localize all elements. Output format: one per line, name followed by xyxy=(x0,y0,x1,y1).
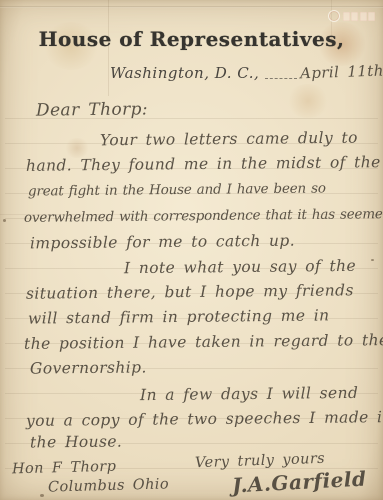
handwritten-date: April 11th 1879. xyxy=(300,60,383,83)
letter-line: Your two letters came duly to xyxy=(100,129,358,150)
watermark-glyph xyxy=(360,12,367,21)
letter-line: great fight in the House and I have been… xyxy=(28,180,326,199)
paper-stain xyxy=(286,84,330,118)
addressee-place: Columbus Ohio xyxy=(48,476,169,495)
watermark-text-blocks xyxy=(343,12,376,21)
letter-line: hand. They found me in the midst of the xyxy=(26,153,381,175)
paper-speck xyxy=(371,259,374,261)
letter-line: you a copy of the two speeches I made in xyxy=(26,408,383,430)
letter-line: the position I have taken in regard to t… xyxy=(24,331,383,353)
paper-stain xyxy=(64,138,90,158)
letter-paper: House of Representatives, Washington, D.… xyxy=(0,0,383,500)
letterhead-org-title: House of Representatives, xyxy=(39,27,345,51)
watermark xyxy=(328,10,376,22)
circle-logo-watermark-icon xyxy=(328,10,340,22)
letter-line: In a few days I will send xyxy=(140,384,358,404)
salutation: Dear Thorp: xyxy=(36,99,148,120)
letter-line: overwhelmed with correspondence that it … xyxy=(24,206,383,226)
letter-line: Governorship. xyxy=(30,358,147,377)
letterhead-place: Washington, D. C., xyxy=(110,64,259,82)
letter-line: will stand firm in protecting me in xyxy=(28,306,330,327)
watermark-glyph xyxy=(351,12,358,21)
fill-in-blank-line xyxy=(265,66,297,79)
paper-speck xyxy=(40,494,44,497)
watermark-glyph xyxy=(368,12,375,21)
letter-line: impossible for me to catch up. xyxy=(30,232,295,253)
paper-speck xyxy=(3,219,6,222)
signature: J.A.Garfield xyxy=(231,466,367,497)
letterhead-dateline: Washington, D. C., April 11th 1879. xyxy=(110,62,383,82)
watermark-glyph xyxy=(343,12,350,21)
letter-line: I note what you say of the xyxy=(124,257,356,277)
letter-line: situation there, but I hope my friends xyxy=(26,281,354,302)
closing: Very truly yours xyxy=(195,451,326,472)
fold-crease-top xyxy=(0,6,383,8)
letter-line: the House. xyxy=(30,433,122,452)
letter-photo: House of Representatives, Washington, D.… xyxy=(0,0,383,500)
addressee-name: Hon F Thorp xyxy=(12,459,117,478)
